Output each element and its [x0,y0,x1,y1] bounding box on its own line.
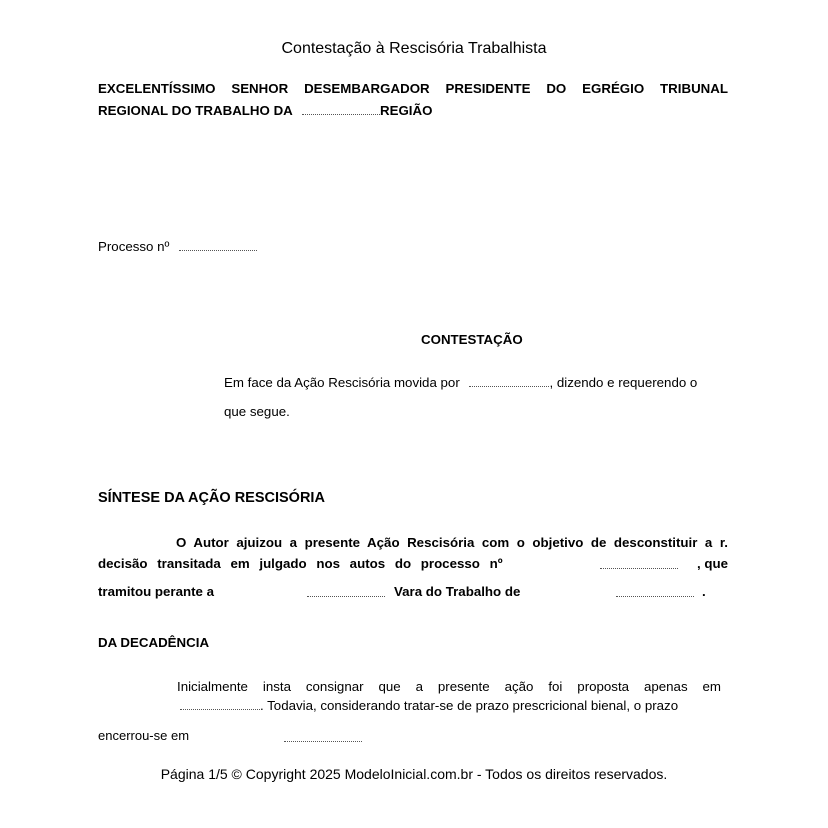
section-title-decadencia: DA DECADÊNCIA [98,635,209,650]
sintese-line-3: tramitou perante a Vara do Trabalho de . [98,584,728,599]
decadencia-line-2: . Todavia, considerando tratar-se de pra… [177,698,728,713]
decadencia-line-1-text: Inicialmente insta consignar que a prese… [177,679,721,694]
process-number-blank[interactable] [179,240,257,251]
page-footer: Página 1/5 © Copyright 2025 ModeloInicia… [0,766,828,782]
filing-date-blank[interactable] [180,699,260,710]
vara-blank[interactable] [307,586,385,597]
sintese-line-1: O Autor ajuizou a presente Ação Rescisór… [176,535,728,550]
address-line-2: REGIONAL DO TRABALHO DA REGIÃO [98,103,432,118]
address-line-1: EXCELENTÍSSIMO SENHOR DESEMBARGADOR PRES… [98,81,728,96]
document-title: Contestação à Rescisória Trabalhista [0,40,828,58]
sintese-line-3-mid: Vara do Trabalho de [394,584,520,599]
intro-paragraph-line-2: que segue. [224,404,290,419]
intro-text-1: Em face da Ação Rescisória movida por [224,375,460,390]
deadline-date-blank[interactable] [284,731,362,742]
decadencia-line-3-prefix: encerrou-se em [98,728,189,743]
address-line-2-prefix: REGIONAL DO TRABALHO DA [98,103,292,118]
process-number: Processo nº [98,239,257,254]
decadencia-line-3: encerrou-se em [98,728,728,743]
sintese-line-1-text: O Autor ajuizou a presente Ação Rescisór… [176,535,728,550]
sintese-line-2-prefix: decisão transitada em julgado nos autos … [98,556,503,571]
region-blank[interactable] [302,104,380,115]
decadencia-line-2-text: . Todavia, considerando tratar-se de pra… [260,698,678,713]
intro-paragraph-line-1: Em face da Ação Rescisória movida por , … [224,375,728,390]
sintese-line-3-prefix: tramitou perante a [98,584,214,599]
city-blank[interactable] [616,586,694,597]
intro-text-2: , dizendo e requerendo o [549,375,697,390]
decadencia-line-1: Inicialmente insta consignar que a prese… [177,679,721,694]
process-origin-blank[interactable] [600,558,678,569]
author-blank[interactable] [469,376,549,387]
sintese-line-2: decisão transitada em julgado nos autos … [98,556,728,571]
sintese-line-3-suffix: . [702,584,706,599]
sintese-line-2-suffix: , que [697,556,728,571]
section-heading-contestacao: CONTESTAÇÃO [421,332,523,347]
process-label: Processo nº [98,239,169,254]
section-title-sintese: SÍNTESE DA AÇÃO RESCISÓRIA [98,490,325,506]
address-line-1-text: EXCELENTÍSSIMO SENHOR DESEMBARGADOR PRES… [98,81,728,96]
address-line-2-suffix: REGIÃO [380,103,432,118]
